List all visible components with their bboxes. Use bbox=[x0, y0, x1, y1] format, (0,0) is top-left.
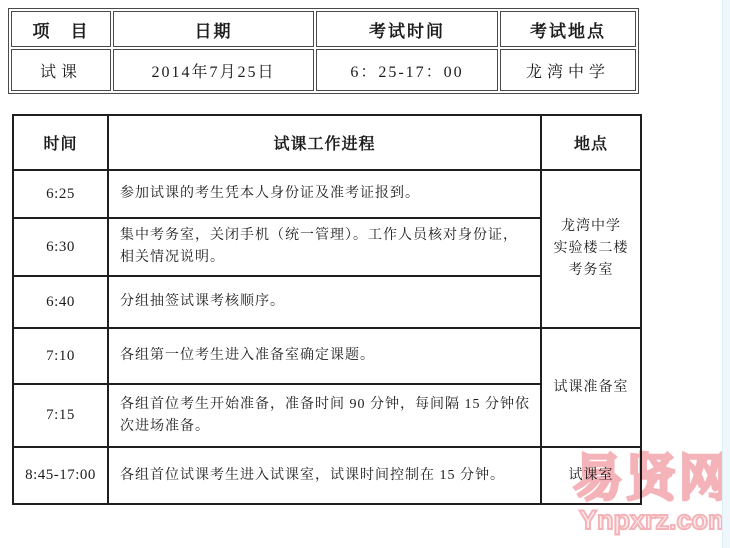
time-cell: 6:40 bbox=[13, 276, 108, 328]
location-cell-prep-room: 试课准备室 bbox=[541, 328, 641, 447]
summary-header-row: 项 目 日期 考试时间 考试地点 bbox=[11, 11, 636, 47]
time-cell: 7:15 bbox=[13, 384, 108, 447]
process-cell: 各组第一位考生进入准备室确定课题。 bbox=[108, 328, 541, 384]
process-cell: 分组抽签试课考核顺序。 bbox=[108, 276, 541, 328]
summary-header-place: 考试地点 bbox=[500, 11, 636, 47]
table-row: 6:25 参加试课的考生凭本人身份证及准考证报到。 龙湾中学 实验楼二楼 考务室 bbox=[13, 170, 641, 218]
schedule-header-process: 试课工作进程 bbox=[108, 115, 541, 170]
time-cell: 6:25 bbox=[13, 170, 108, 218]
summary-data-row: 试课 2014年7月25日 6：25-17：00 龙湾中学 bbox=[11, 49, 636, 91]
summary-cell-date: 2014年7月25日 bbox=[113, 49, 314, 91]
location-cell-lesson-room: 试课室 bbox=[541, 447, 641, 504]
summary-cell-item: 试课 bbox=[11, 49, 111, 91]
page: 项 目 日期 考试时间 考试地点 试课 2014年7月25日 6：25-17：0… bbox=[0, 0, 730, 548]
watermark-site-url: Ynpxrz.com bbox=[557, 506, 730, 534]
summary-cell-time: 6：25-17：00 bbox=[316, 49, 498, 91]
process-cell: 参加试课的考生凭本人身份证及准考证报到。 bbox=[108, 170, 541, 218]
schedule-header-row: 时间 试课工作进程 地点 bbox=[13, 115, 641, 170]
table-row: 7:10 各组第一位考生进入准备室确定课题。 试课准备室 bbox=[13, 328, 641, 384]
page-edge-strip bbox=[722, 0, 730, 548]
time-cell: 8:45-17:00 bbox=[13, 447, 108, 504]
summary-table: 项 目 日期 考试时间 考试地点 试课 2014年7月25日 6：25-17：0… bbox=[8, 8, 639, 94]
process-cell: 集中考务室，关闭手机（统一管理）。工作人员核对身份证，相关情况说明。 bbox=[108, 218, 541, 276]
time-cell: 7:10 bbox=[13, 328, 108, 384]
location-cell-exam-office: 龙湾中学 实验楼二楼 考务室 bbox=[541, 170, 641, 328]
summary-header-item: 项 目 bbox=[11, 11, 111, 47]
table-row: 8:45-17:00 各组首位试课考生进入试课室，试课时间控制在 15 分钟。 … bbox=[13, 447, 641, 504]
time-cell: 6:30 bbox=[13, 218, 108, 276]
schedule-header-place: 地点 bbox=[541, 115, 641, 170]
summary-header-date: 日期 bbox=[113, 11, 314, 47]
summary-header-time: 考试时间 bbox=[316, 11, 498, 47]
process-cell: 各组首位试课考生进入试课室，试课时间控制在 15 分钟。 bbox=[108, 447, 541, 504]
schedule-header-time: 时间 bbox=[13, 115, 108, 170]
schedule-table: 时间 试课工作进程 地点 6:25 参加试课的考生凭本人身份证及准考证报到。 龙… bbox=[12, 114, 642, 505]
process-cell: 各组首位考生开始准备，准备时间 90 分钟，每间隔 15 分钟依次进场准备。 bbox=[108, 384, 541, 447]
summary-cell-place: 龙湾中学 bbox=[500, 49, 636, 91]
